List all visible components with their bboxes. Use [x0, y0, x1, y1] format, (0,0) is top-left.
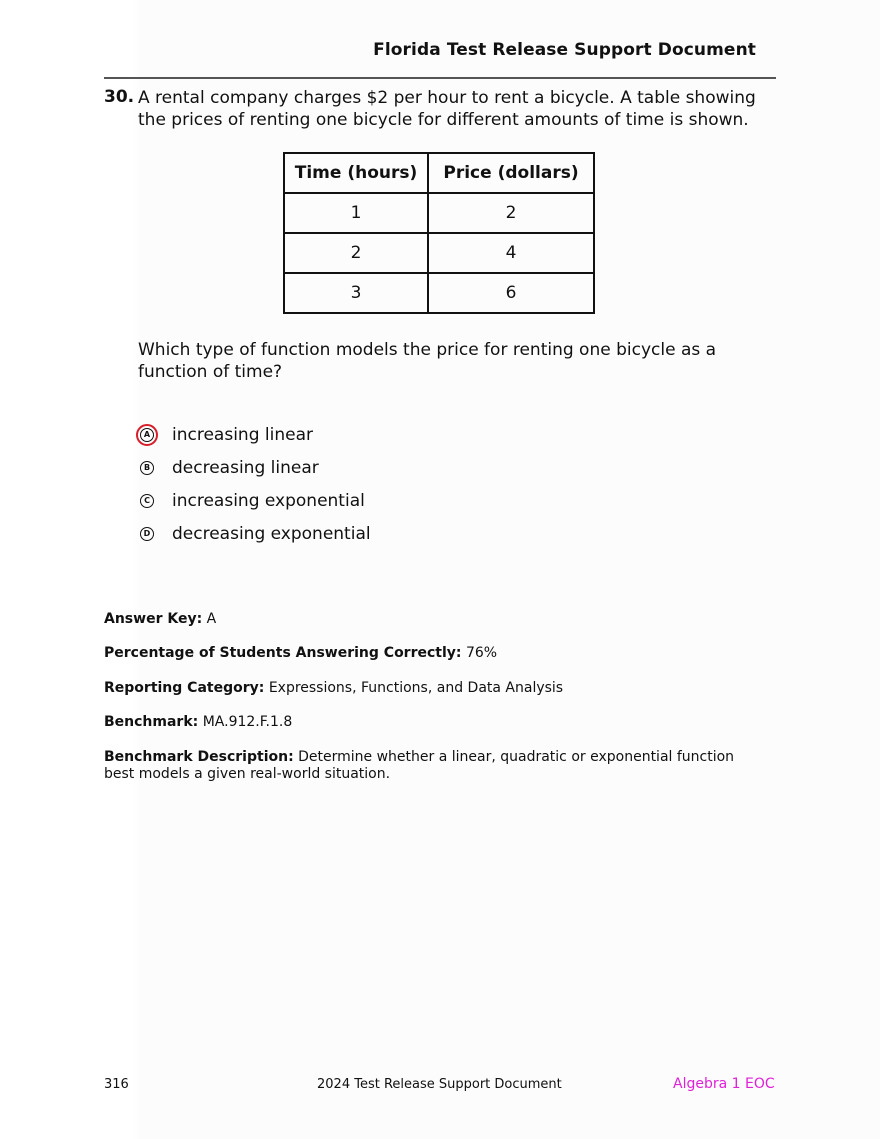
benchmark: Benchmark: MA.912.F.1.8: [104, 714, 764, 731]
choice-d-bubble-icon[interactable]: D: [136, 523, 158, 545]
table-cell-price: 6: [428, 273, 594, 313]
column-header-price: Price (dollars): [428, 153, 594, 193]
table-cell-price: 4: [428, 233, 594, 273]
reporting-category: Reporting Category: Expressions, Functio…: [104, 680, 764, 697]
footer-course-name: Algebra 1 EOC: [673, 1076, 775, 1092]
reporting-category-value: Expressions, Functions, and Data Analysi…: [269, 680, 563, 696]
benchmark-value: MA.912.F.1.8: [203, 714, 293, 730]
time-price-table: Time (hours) Price (dollars) 1 2 2 4 3 6: [283, 152, 595, 314]
circled-letter-c-icon: C: [140, 494, 154, 508]
table-cell-time: 2: [284, 233, 428, 273]
circled-letter-a-icon: A: [140, 428, 154, 442]
choice-a-text: increasing linear: [172, 425, 313, 445]
answer-key-value: A: [207, 611, 217, 627]
reporting-category-label: Reporting Category:: [104, 680, 264, 696]
choice-b[interactable]: B decreasing linear: [136, 451, 371, 484]
choice-b-text: decreasing linear: [172, 458, 319, 478]
choice-b-bubble-icon[interactable]: B: [136, 457, 158, 479]
choice-c-text: increasing exponential: [172, 491, 365, 511]
question-prompt: Which type of function models the price …: [138, 339, 758, 383]
question-number: 30.: [104, 87, 134, 107]
choice-d-text: decreasing exponential: [172, 524, 371, 544]
percent-correct: Percentage of Students Answering Correct…: [104, 645, 764, 662]
choice-a-selected-ring-icon[interactable]: A: [136, 424, 158, 446]
question-stem: A rental company charges $2 per hour to …: [138, 87, 778, 131]
answer-choices: A increasing linear B decreasing linear …: [136, 418, 371, 550]
document-header-title: Florida Test Release Support Document: [373, 40, 756, 60]
table-cell-time: 1: [284, 193, 428, 233]
column-header-time: Time (hours): [284, 153, 428, 193]
table-cell-time: 3: [284, 273, 428, 313]
circled-letter-b-icon: B: [140, 461, 154, 475]
page-number: 316: [104, 1077, 129, 1092]
choice-c[interactable]: C increasing exponential: [136, 484, 371, 517]
footer-document-title: 2024 Test Release Support Document: [317, 1077, 562, 1092]
choice-c-bubble-icon[interactable]: C: [136, 490, 158, 512]
table-row: 3 6: [284, 273, 594, 313]
choice-d[interactable]: D decreasing exponential: [136, 517, 371, 550]
table-cell-price: 2: [428, 193, 594, 233]
table-row: 2 4: [284, 233, 594, 273]
benchmark-description-label: Benchmark Description:: [104, 749, 294, 765]
answer-key: Answer Key: A: [104, 611, 764, 628]
choice-a[interactable]: A increasing linear: [136, 418, 371, 451]
table-header-row: Time (hours) Price (dollars): [284, 153, 594, 193]
circled-letter-d-icon: D: [140, 527, 154, 541]
table-row: 1 2: [284, 193, 594, 233]
percent-correct-value: 76%: [466, 645, 497, 661]
benchmark-description: Benchmark Description: Determine whether…: [104, 749, 764, 783]
benchmark-label: Benchmark:: [104, 714, 198, 730]
header-divider: [104, 77, 776, 79]
percent-correct-label: Percentage of Students Answering Correct…: [104, 645, 462, 661]
answer-key-label: Answer Key:: [104, 611, 202, 627]
